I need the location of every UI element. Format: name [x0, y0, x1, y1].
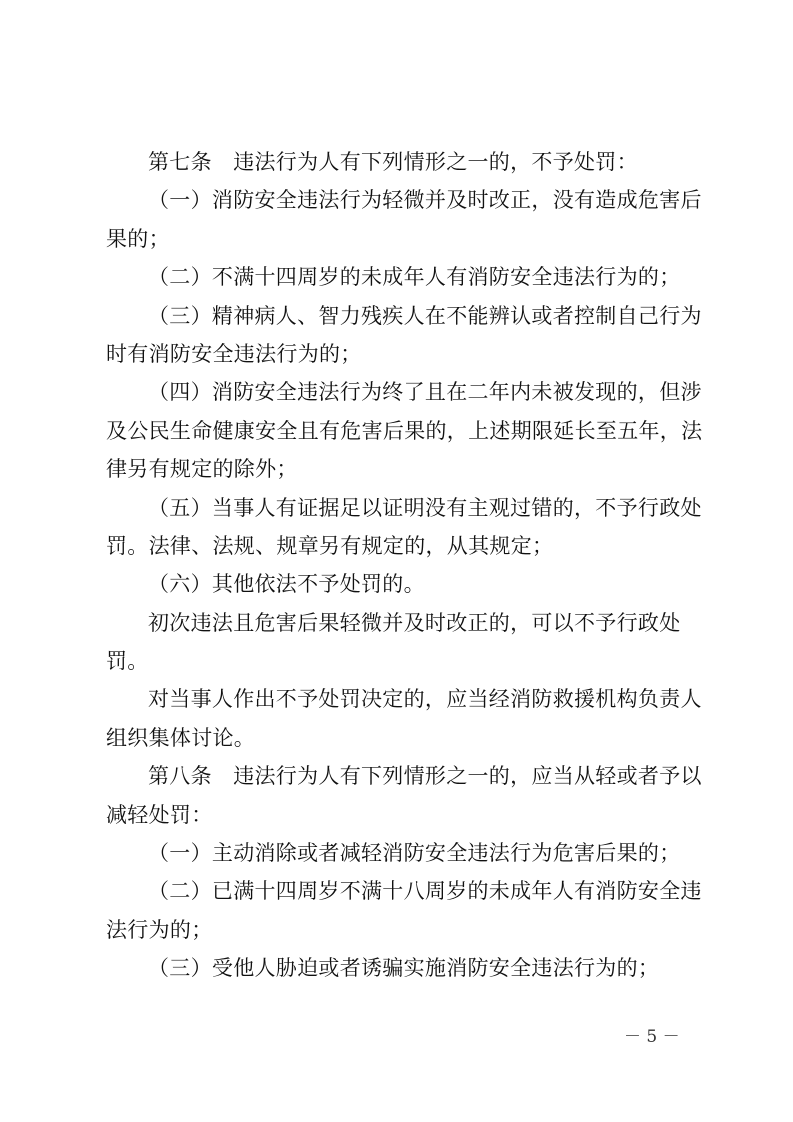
text-line: 律另有规定的除外； [106, 450, 692, 488]
text-line: （六）其他依法不予处罚的。 [106, 565, 692, 603]
text-line: 时有消防安全违法行为的； [106, 335, 692, 373]
text-line: （三）精神病人、智力残疾人在不能辨认或者控制自己行为 [106, 297, 692, 335]
text-line: 第七条 违法行为人有下列情形之一的，不予处罚： [106, 143, 692, 181]
text-line: 果的； [106, 220, 692, 258]
text-line: 对当事人作出不予处罚决定的，应当经消防救援机构负责人 [106, 680, 692, 718]
text-line: （一）主动消除或者减轻消防安全违法行为危害后果的； [106, 834, 692, 872]
page-number: － 5 － [624, 1022, 680, 1047]
document-body: 第七条 违法行为人有下列情形之一的，不予处罚： （一）消防安全违法行为轻微并及时… [106, 143, 692, 988]
text-line: 减轻处罚： [106, 796, 692, 834]
text-line: （四）消防安全违法行为终了且在二年内未被发现的，但涉 [106, 373, 692, 411]
text-line: （二）已满十四周岁不满十八周岁的未成年人有消防安全违 [106, 872, 692, 910]
text-line: 法行为的； [106, 911, 692, 949]
text-line: 组织集体讨论。 [106, 719, 692, 757]
text-line: （五）当事人有证据足以证明没有主观过错的，不予行政处 [106, 489, 692, 527]
text-line: 及公民生命健康安全且有危害后果的，上述期限延长至五年，法 [106, 412, 692, 450]
text-line: （一）消防安全违法行为轻微并及时改正，没有造成危害后 [106, 181, 692, 219]
text-line: 罚。法律、法规、规章另有规定的，从其规定； [106, 527, 692, 565]
text-line: （三）受他人胁迫或者诱骗实施消防安全违法行为的； [106, 949, 692, 987]
text-line: 第八条 违法行为人有下列情形之一的，应当从轻或者予以 [106, 757, 692, 795]
text-line: （二）不满十四周岁的未成年人有消防安全违法行为的； [106, 258, 692, 296]
text-line: 初次违法且危害后果轻微并及时改正的，可以不予行政处 [106, 604, 692, 642]
text-line: 罚。 [106, 642, 692, 680]
